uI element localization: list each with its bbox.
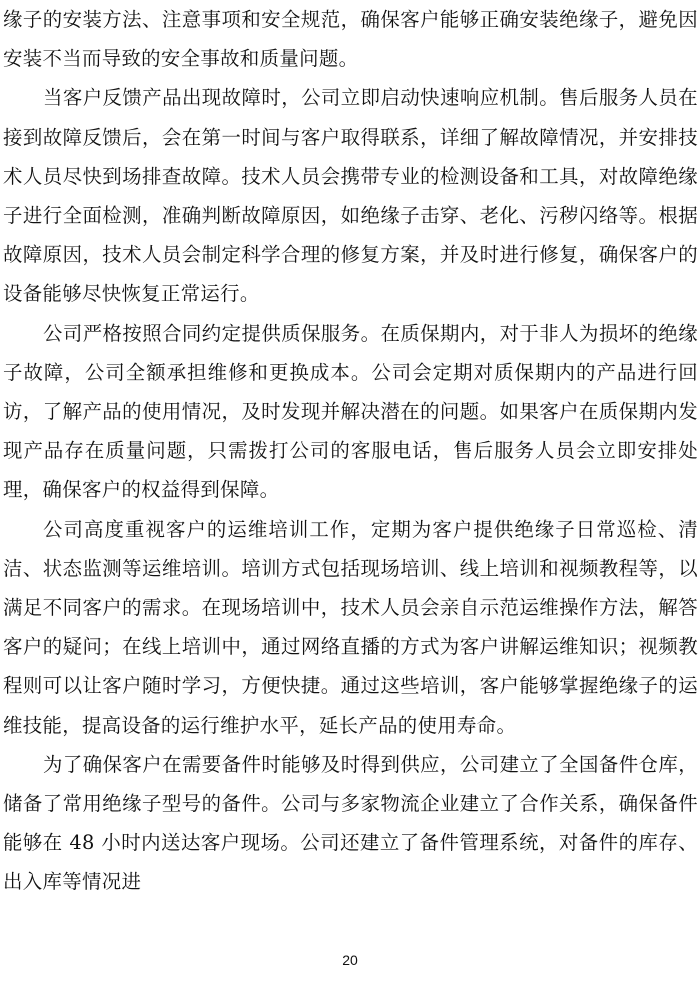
document-body: 缘子的安装方法、注意事项和安全规范，确保客户能够正确安装绝缘子，避免因安装不当而… xyxy=(3,0,698,902)
paragraph-installation-guidance: 缘子的安装方法、注意事项和安全规范，确保客户能够正确安装绝缘子，避免因安装不当而… xyxy=(3,0,698,78)
paragraph-fault-response: 当客户反馈产品出现故障时，公司立即启动快速响应机制。售后服务人员在接到故障反馈后… xyxy=(3,78,698,313)
paragraph-spare-parts: 为了确保客户在需要备件时能够及时得到供应，公司建立了全国备件仓库，储备了常用绝缘… xyxy=(3,745,698,902)
page-number: 20 xyxy=(0,952,700,968)
paragraph-warranty-service: 公司严格按照合同约定提供质保服务。在质保期内，对于非人为损坏的绝缘子故障，公司全… xyxy=(3,314,698,510)
paragraph-maintenance-training: 公司高度重视客户的运维培训工作，定期为客户提供绝缘子日常巡检、清洁、状态监测等运… xyxy=(3,510,698,745)
